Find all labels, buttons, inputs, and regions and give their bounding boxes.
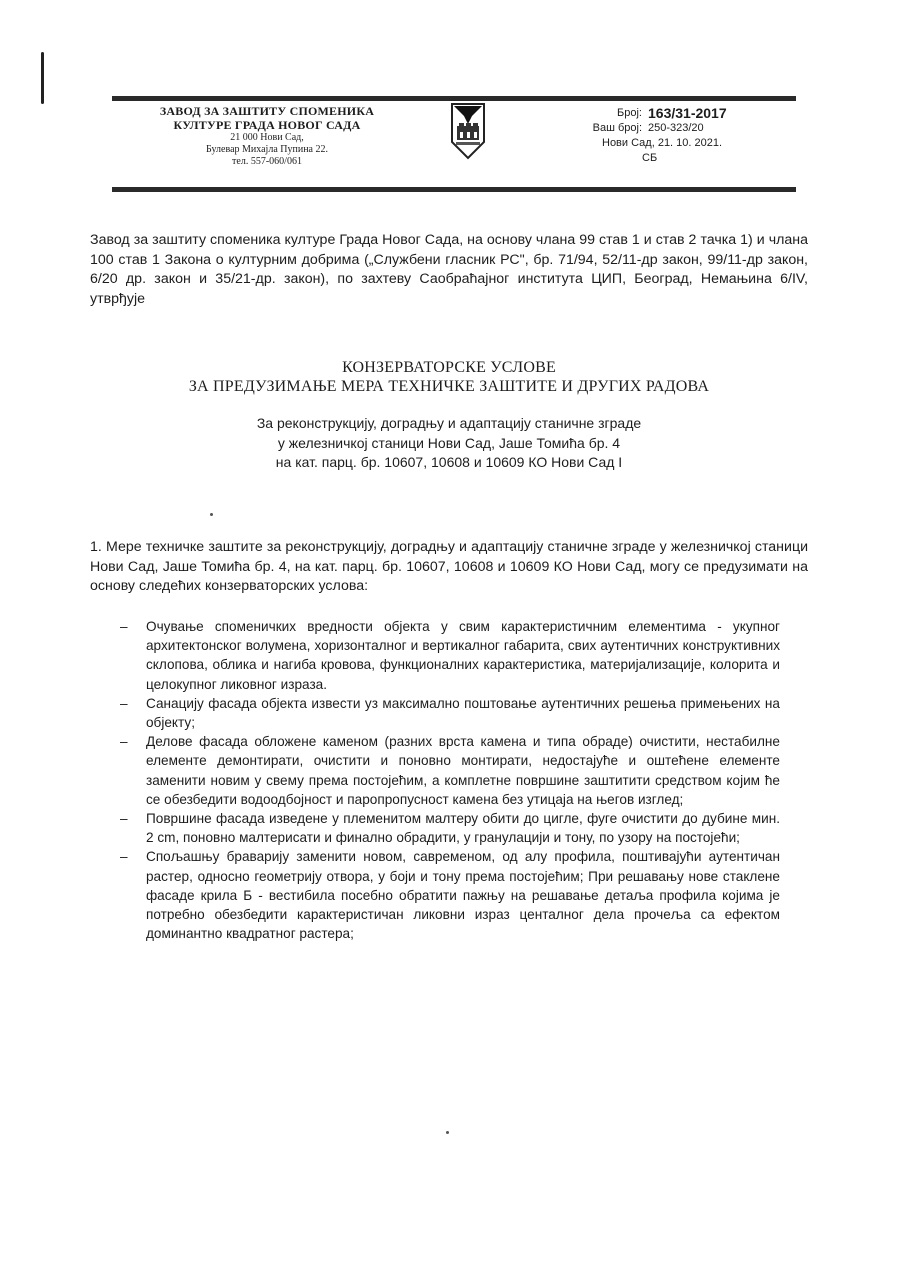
place-date: Нови Сад, 21. 10. 2021. [602,136,722,151]
bullet-dash: – [120,694,128,713]
title-line1: КОНЗЕРВАТОРСКЕ УСЛОВЕ [90,358,808,377]
document-subtitle: За реконструкцију, доградњу и адаптацију… [90,414,808,473]
city-coat-of-arms-icon [450,102,486,160]
section-1-intro: 1. Мере техничке заштите за реконструкци… [90,538,808,597]
institution-name-line1: ЗАВОД ЗА ЗАШТИТУ СПОМЕНИКА [142,104,392,118]
list-item: –Делове фасада обложене каменом (разних … [120,732,780,809]
bullet-dash: – [120,617,128,636]
bullet-dash: – [120,847,128,866]
institution-phone: тел. 557-060/061 [142,156,392,168]
scan-artifact-mark [41,52,44,104]
scan-speck [446,1131,449,1134]
list-item-text: Спољашњу браварију заменити новом, савре… [146,849,780,941]
institution-block: ЗАВОД ЗА ЗАШТИТУ СПОМЕНИКА КУЛТУРЕ ГРАДА… [142,104,392,168]
bullet-dash: – [120,809,128,828]
subtitle-line3: на кат. парц. бр. 10607, 10608 и 10609 К… [90,453,808,473]
letterhead: ЗАВОД ЗА ЗАШТИТУ СПОМЕНИКА КУЛТУРЕ ГРАДА… [112,96,796,192]
list-item: –Површине фасада изведене у племенитом м… [120,809,780,847]
list-item-text: Очување споменичких вредности објекта у … [146,619,780,692]
list-item-text: Површине фасада изведене у племенитом ма… [146,811,780,845]
intro-paragraph: Завод за заштиту споменика културе Града… [90,231,808,309]
document-number: 163/31-2017 [648,106,727,121]
list-item-text: Делове фасада обложене каменом (разних в… [146,734,780,807]
title-line2: ЗА ПРЕДУЗИМАЊЕ МЕРА ТЕХНИЧКЕ ЗАШТИТЕ И Д… [90,377,808,396]
subtitle-line2: у железничкој станици Нови Сад, Јаше Том… [90,434,808,454]
list-item-text: Санацију фасада објекта извести уз макси… [146,696,780,730]
list-item: –Спољашњу браварију заменити новом, савр… [120,847,780,943]
scan-speck [210,513,213,516]
institution-street: Булевар Михајла Пупина 22. [142,144,392,156]
your-number-value: 250-323/20 [648,121,704,136]
reference-block: Број: 163/31-2017 Ваш број: 250-323/20 Н… [582,106,792,166]
list-item: –Очување споменичких вредности објекта у… [120,617,780,694]
your-number-label: Ваш број: [582,121,648,136]
conservation-conditions-list: –Очување споменичких вредности објекта у… [120,617,780,943]
list-item: –Санацију фасада објекта извести уз макс… [120,694,780,732]
document-title: КОНЗЕРВАТОРСКЕ УСЛОВЕ ЗА ПРЕДУЗИМАЊЕ МЕР… [90,358,808,396]
letterhead-top-rule [112,96,796,101]
institution-postal: 21 000 Нови Сад, [142,132,392,144]
author-initials: СБ [642,151,657,166]
subtitle-line1: За реконструкцију, доградњу и адаптацију… [90,414,808,434]
letterhead-bottom-rule [112,187,796,192]
bullet-dash: – [120,732,128,751]
number-label: Број: [582,106,648,121]
institution-name-line2: КУЛТУРЕ ГРАДА НОВОГ САДА [142,118,392,132]
